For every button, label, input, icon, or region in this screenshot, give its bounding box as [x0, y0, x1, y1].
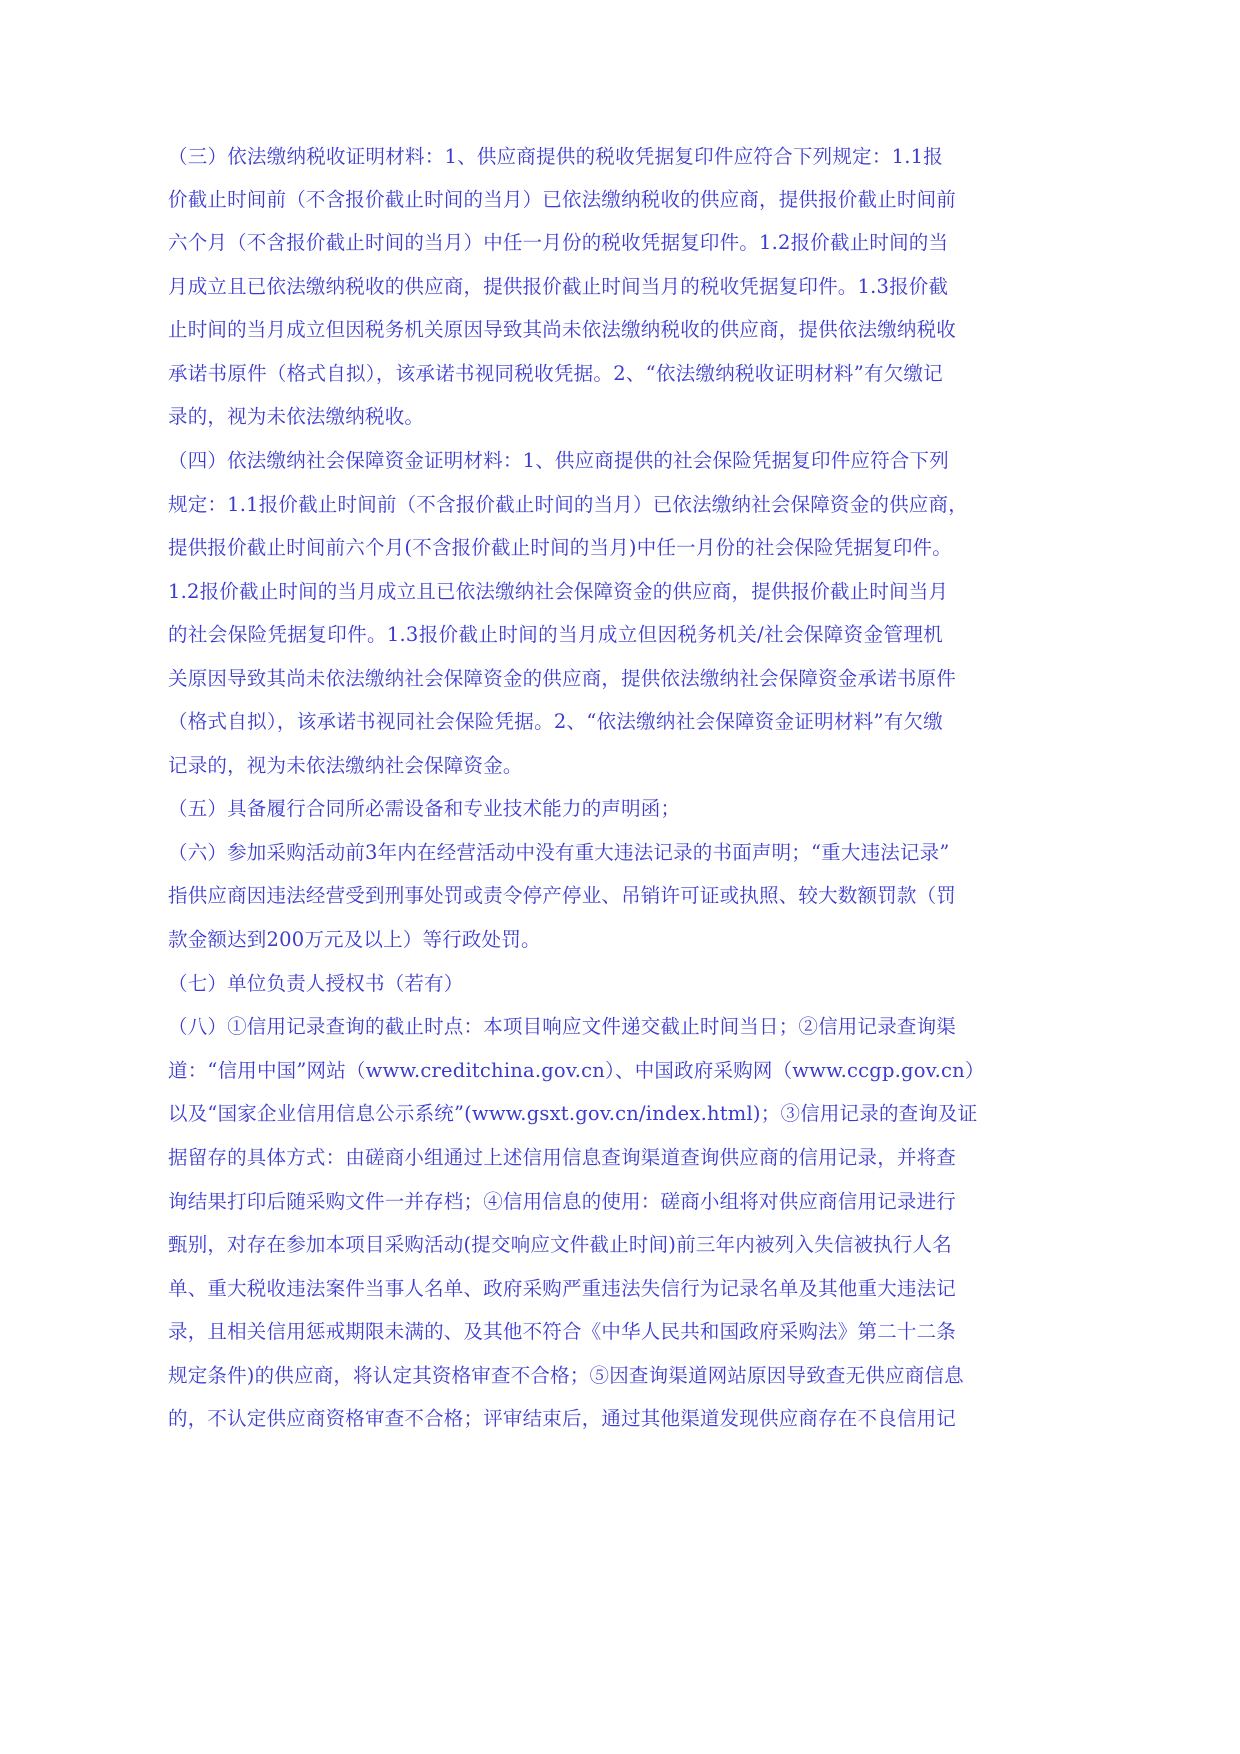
paragraph-line: 六个月（不含报价截止时间的当月）中任一月份的税收凭据复印件。1.2报价截止时间的… — [168, 228, 943, 258]
paragraph-line: 据留存的具体方式：由磋商小组通过上述信用信息查询渠道查询供应商的信用记录，并将查 — [168, 1143, 943, 1173]
paragraph-line: （六）参加采购活动前3年内在经营活动中没有重大违法记录的书面声明；“重大违法记录… — [168, 838, 943, 868]
paragraph-line: 关原因导致其尚未依法缴纳社会保障资金的供应商，提供依法缴纳社会保障资金承诺书原件 — [168, 664, 943, 694]
paragraph-line: 规定条件)的供应商，将认定其资格审查不合格；⑤因查询渠道网站原因导致查无供应商信… — [168, 1361, 943, 1391]
document-page: （三）依法缴纳税收证明材料：1、供应商提供的税收凭据复印件应符合下列规定：1.1… — [0, 0, 1240, 1754]
paragraph-line: 录的，视为未依法缴纳税收。 — [168, 402, 943, 432]
paragraph-line: 道：“信用中国”网站（www.creditchina.gov.cn）、中国政府采… — [168, 1056, 943, 1086]
paragraph-line: 以及“国家企业信用信息公示系统”(www.gsxt.gov.cn/index.h… — [168, 1099, 943, 1129]
paragraph-line: 提供报价截止时间前六个月(不含报价截止时间的当月)中任一月份的社会保险凭据复印件… — [168, 533, 943, 563]
paragraph-line: （八）①信用记录查询的截止时点：本项目响应文件递交截止时间当日；②信用记录查询渠 — [168, 1012, 943, 1042]
paragraph-line: 询结果打印后随采购文件一并存档；④信用信息的使用：磋商小组将对供应商信用记录进行 — [168, 1187, 943, 1217]
paragraph-line: （三）依法缴纳税收证明材料：1、供应商提供的税收凭据复印件应符合下列规定：1.1… — [168, 142, 943, 172]
paragraph-line: 价截止时间前（不含报价截止时间的当月）已依法缴纳税收的供应商，提供报价截止时间前 — [168, 185, 943, 215]
paragraph-line: 1.2报价截止时间的当月成立且已依法缴纳社会保障资金的供应商，提供报价截止时间当… — [168, 577, 943, 607]
paragraph-line: （四）依法缴纳社会保障资金证明材料：1、供应商提供的社会保险凭据复印件应符合下列 — [168, 446, 943, 476]
paragraph-line: 月成立且已依法缴纳税收的供应商，提供报价截止时间当月的税收凭据复印件。1.3报价… — [168, 272, 943, 302]
paragraph-line: （格式自拟），该承诺书视同社会保险凭据。2、“依法缴纳社会保障资金证明材料”有欠… — [168, 707, 943, 737]
paragraph-line: 款金额达到200万元及以上）等行政处罚。 — [168, 925, 943, 955]
paragraph-line: （七）单位负责人授权书（若有） — [168, 969, 943, 999]
paragraph-line: 指供应商因违法经营受到刑事处罚或责令停产停业、吊销许可证或执照、较大数额罚款（罚 — [168, 881, 943, 911]
paragraph-line: 录，且相关信用惩戒期限未满的、及其他不符合《中华人民共和国政府采购法》第二十二条 — [168, 1317, 943, 1347]
paragraph-line: 的社会保险凭据复印件。1.3报价截止时间的当月成立但因税务机关/社会保障资金管理… — [168, 620, 943, 650]
paragraph-line: 的，不认定供应商资格审查不合格；评审结束后，通过其他渠道发现供应商存在不良信用记 — [168, 1404, 943, 1434]
paragraph-line: 规定：1.1报价截止时间前（不含报价截止时间的当月）已依法缴纳社会保障资金的供应… — [168, 490, 943, 520]
paragraph-line: （五）具备履行合同所必需设备和专业技术能力的声明函； — [168, 794, 943, 824]
paragraph-line: 止时间的当月成立但因税务机关原因导致其尚未依法缴纳税收的供应商，提供依法缴纳税收 — [168, 315, 943, 345]
paragraph-line: 单、重大税收违法案件当事人名单、政府采购严重违法失信行为记录名单及其他重大违法记 — [168, 1274, 943, 1304]
paragraph-line: 记录的，视为未依法缴纳社会保障资金。 — [168, 751, 943, 781]
paragraph-line: 甄别，对存在参加本项目采购活动(提交响应文件截止时间)前三年内被列入失信被执行人… — [168, 1230, 943, 1260]
paragraph-line: 承诺书原件（格式自拟），该承诺书视同税收凭据。2、“依法缴纳税收证明材料”有欠缴… — [168, 359, 943, 389]
